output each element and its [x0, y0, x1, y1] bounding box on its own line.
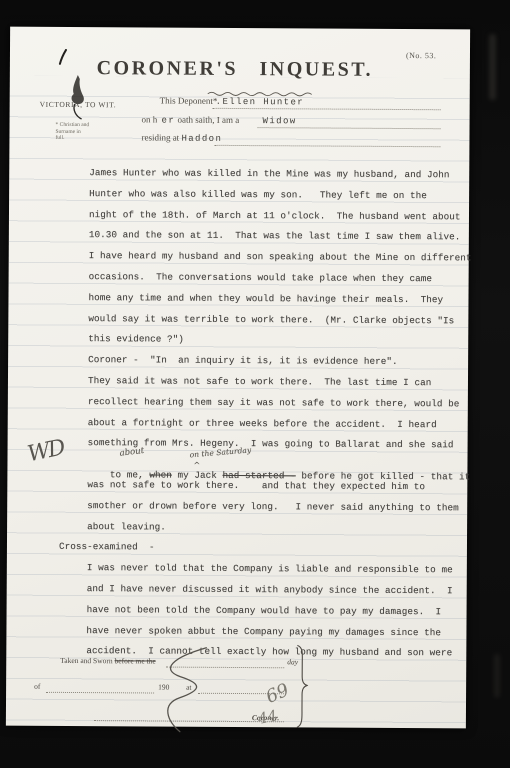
month-blank-line — [46, 691, 154, 694]
book-edge-highlight — [489, 34, 496, 100]
document-page: (No. 53. CORONER'S INQUEST. VICTORIA, TO… — [6, 27, 470, 729]
taken-prefix: Taken and Sworn — [60, 656, 114, 665]
taken-and-sworn-label: Taken and Sworn before me the — [60, 656, 156, 666]
closing-brace — [294, 644, 309, 728]
book-edge-highlight — [494, 654, 500, 698]
handwritten-page-number: 69 — [263, 680, 292, 708]
jurat-block: Taken and Sworn before me the day of 190… — [6, 27, 470, 729]
handwritten-page-number: 44 — [256, 706, 278, 727]
signature-squiggle — [148, 645, 229, 733]
of-label: of — [34, 682, 40, 691]
